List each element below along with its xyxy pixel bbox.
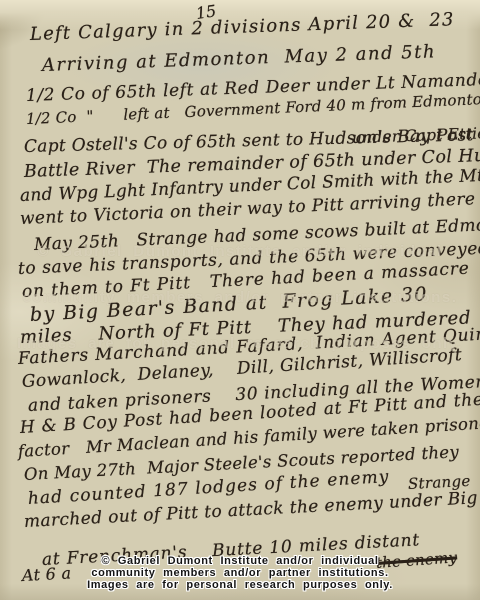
manuscript-page: 15 Left Calgary in 2 divisions April 20 … (0, 0, 480, 600)
manuscript-line: Left Calgary in 2 divisions April 20 & 2… (30, 11, 455, 44)
ghost-watermark-line-2: community members and/or partner institu… (0, 290, 480, 305)
ghost-watermark-line-1: © Gabriel Dumont Institute and/or indivi… (0, 244, 480, 259)
copyright-watermark-line-3: Images are for personal research purpose… (0, 580, 480, 591)
manuscript-line: Arriving at Edmonton May 2 and 5th (42, 43, 437, 75)
copyright-watermark-line-1: © Gabriel Dumont Institute and/or indivi… (0, 556, 480, 567)
ghost-watermark-line-3: Images are for personal research purpose… (0, 336, 480, 351)
copyright-watermark-line-2: community members and/or partner institu… (0, 568, 480, 579)
